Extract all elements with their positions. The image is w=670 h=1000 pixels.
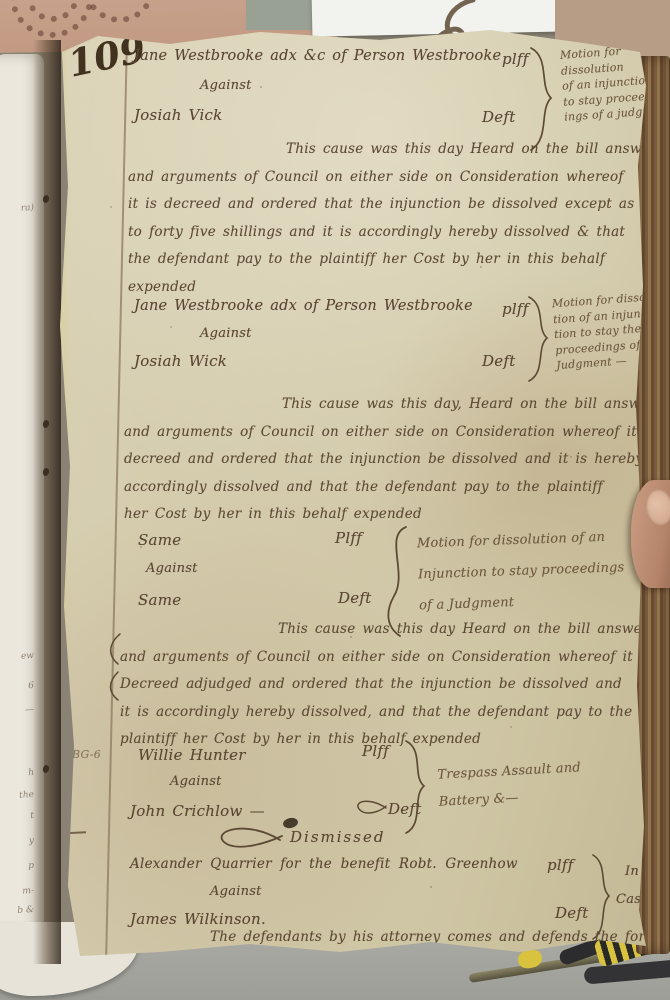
- loop-flourish: [350, 794, 388, 820]
- binding-stitch: [42, 764, 50, 773]
- engraved-ornament-icon: [83, 0, 156, 23]
- body-line: it is decreed and ordered that the injun…: [128, 191, 670, 219]
- photo-of-court-record-book: ra) ew 6 — h the t y p m- b & 109 Jane W…: [0, 0, 670, 1000]
- plaintiff-name: Willie Hunter: [138, 746, 246, 764]
- party-suffix-deft: Deft: [482, 352, 515, 370]
- decree-paragraph: This cause was this day Heard on the bil…: [128, 136, 670, 301]
- defendant-name: Josiah Vick: [134, 106, 223, 124]
- binding-stitch: [42, 419, 50, 428]
- against-label: Against: [200, 78, 252, 93]
- defendant-name: Same: [138, 591, 181, 609]
- body-line: and arguments of Council on either side …: [124, 419, 670, 447]
- plaintiff-name: Same: [138, 531, 181, 549]
- body-line: the defendant pay to the plaintiff her C…: [128, 246, 670, 274]
- margin-note-line: In: [625, 864, 639, 879]
- party-suffix-deft: Deft: [555, 904, 588, 922]
- party-suffix-deft: Deft: [482, 108, 515, 126]
- defendant-name: John Crichlow —: [130, 802, 265, 820]
- party-suffix-plff: plff: [502, 50, 529, 68]
- disposition: Dismissed: [290, 828, 385, 846]
- brace-mark: [526, 294, 552, 386]
- body-line: This cause was this day, Heard on the bi…: [282, 391, 670, 419]
- binding-stitch: [42, 467, 50, 476]
- party-suffix-plff: plff: [547, 856, 574, 874]
- body-line: Decreed adjudged and ordered that the in…: [120, 671, 670, 699]
- binding-stitch: [42, 194, 50, 203]
- book-gutter: [33, 40, 61, 964]
- body-line: accordingly dissolved and that the defen…: [124, 474, 670, 502]
- swirl-flourish: [208, 824, 286, 854]
- plaintiff-name: Jane Westbrooke adx of Person Westbrooke: [134, 298, 473, 314]
- party-suffix-deft: Deft: [338, 589, 371, 607]
- decree-paragraph: This cause was this day Heard on the bil…: [120, 616, 670, 754]
- against-label: Against: [146, 561, 198, 576]
- record-page: 109 Jane Westbrooke adx &c of Person Wes…: [50, 26, 648, 960]
- defendant-name: Josiah Wick: [134, 352, 227, 370]
- body-line: and arguments of Council on either side …: [128, 164, 670, 192]
- body-line: This cause was this day Heard on the bil…: [278, 616, 670, 644]
- against-label: Against: [170, 774, 222, 789]
- body-line: and arguments of Council on either side …: [120, 644, 670, 672]
- party-suffix-plff: Plff: [362, 742, 389, 760]
- decree-paragraph: This cause was this day, Heard on the bi…: [124, 391, 670, 529]
- against-label: Against: [210, 884, 262, 899]
- docket-margin-mark: BG-6: [72, 748, 101, 761]
- brace-mark: [402, 738, 430, 838]
- body-line: This cause was this day Heard on the bil…: [286, 136, 670, 164]
- body-line: to forty five shillings and it is accord…: [128, 219, 670, 247]
- margin-note: Trespass Assault and Battery &—: [437, 750, 660, 815]
- plaintiff-name: Jane Westbrooke adx &c of Person Westbro…: [134, 48, 501, 64]
- body-line: it is accordingly hereby dissolved, and …: [120, 699, 670, 727]
- plaintiff-name: Alexander Quarrier for the benefit Robt.…: [130, 856, 518, 872]
- body-line: decreed and ordered that the injunction …: [124, 446, 670, 474]
- against-label: Against: [200, 326, 252, 341]
- party-suffix-plff: Plff: [335, 529, 362, 547]
- party-suffix-plff: plff: [502, 300, 529, 318]
